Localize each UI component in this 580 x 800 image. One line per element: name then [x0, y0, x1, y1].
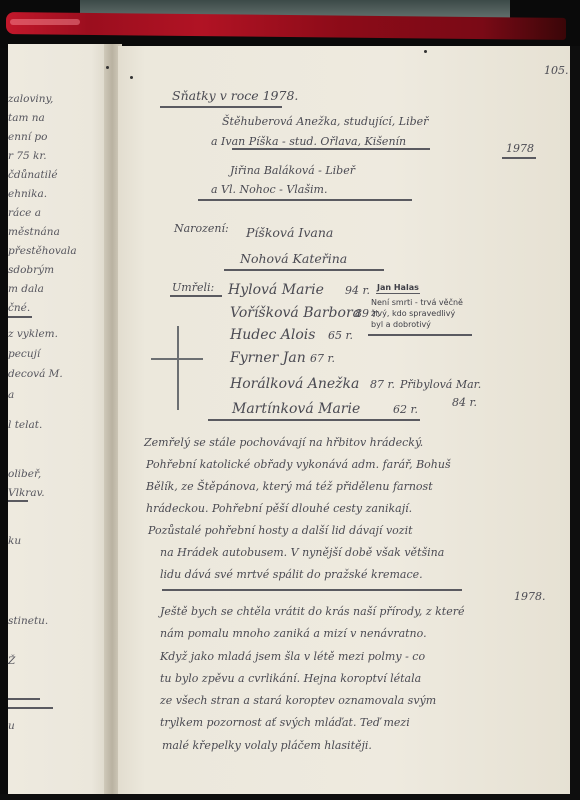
ink-spot [130, 76, 133, 79]
births-label: Narození: [174, 222, 229, 235]
left-fragment: ráce a [8, 207, 41, 219]
left-fragment: městnána [8, 226, 60, 238]
death-name: Horálková Anežka [230, 376, 359, 392]
margin-year: 1978. [514, 590, 546, 603]
left-fragment: čné. [8, 302, 30, 314]
paragraph-underline [162, 589, 462, 591]
margin-year: 1978 [506, 142, 534, 155]
death-extra-name: Přibylová Mar. [400, 378, 481, 391]
deaths-underline [208, 419, 420, 421]
left-fragment: pecují [8, 348, 40, 360]
paragraph-line: ze všech stran a stará koroptev oznamova… [160, 694, 436, 707]
ink-spot [424, 50, 427, 53]
paragraph-line: trylkem pozornost ať svých mláďat. Teď m… [160, 716, 410, 729]
paragraph-line: lidu dává své mrtvé spálit do pražské kr… [160, 568, 423, 581]
left-fragment: stinetu. [8, 615, 48, 627]
cross-icon-bar [151, 358, 203, 360]
left-fragment: přestěhovala [8, 245, 77, 257]
paragraph-line: malé křepelky volaly pláčem hlasitěji. [162, 739, 372, 752]
deaths-label: Umřeli: [172, 281, 214, 294]
death-name: Fyrner Jan [230, 350, 306, 366]
death-age: 94 r. [345, 284, 370, 297]
paragraph-line: Pozůstalé pohřební hosty a další lid dáv… [148, 524, 413, 537]
death-age: 87 r. [370, 378, 395, 391]
death-name: Voříšková Barbora [230, 305, 361, 321]
ink-spot [106, 66, 109, 69]
underline [8, 707, 53, 709]
left-fragment: u [8, 720, 15, 732]
page-number: 105. [544, 64, 569, 77]
ribbon-highlight [10, 19, 80, 25]
left-fragment: Vlkrav. [8, 487, 45, 499]
left-fragment: zaloviny, [8, 93, 53, 105]
underline [8, 698, 40, 700]
left-fragment: olibeř, [8, 468, 41, 480]
death-age: 62 r. [393, 403, 418, 416]
death-name: Hudec Alois [230, 327, 315, 343]
quote-author: Jan Halas [377, 283, 419, 292]
year-underline [502, 157, 536, 159]
marriages-heading: Sňatky v roce 1978. [172, 88, 298, 103]
marriage-entry: a Ivan Píška - stud. Ořlava, Kišenín [211, 135, 406, 148]
left-fragment: decová M. [8, 368, 63, 380]
paragraph-line: Pohřební katolické obřady vykonává adm. … [146, 458, 451, 471]
left-fragment: a [8, 389, 14, 401]
entry-underline [198, 199, 412, 201]
left-fragment: l telat. [8, 419, 42, 431]
paragraph-line: Když jako mladá jsem šla v létě mezi pol… [160, 650, 425, 663]
left-fragment: r 75 kr. [8, 150, 47, 162]
left-fragment: čdůnatilé [8, 169, 58, 181]
left-fragment: ehnika. [8, 188, 47, 200]
marriage-entry: Jiřina Baláková - Libeř [230, 164, 355, 177]
death-age: 67 r. [310, 352, 335, 365]
cross-icon [177, 326, 179, 410]
heading-underline [160, 106, 282, 108]
left-fragment: ku [8, 535, 21, 547]
paragraph-line: tu bylo zpěvu a cvrlikání. Hejna koroptv… [160, 672, 421, 685]
death-age: 65 r. [328, 329, 353, 342]
paragraph-line: Bělík, ze Štěpánova, který má též přiděl… [146, 480, 433, 493]
paragraph-line: Zemřelý se stále pochovávají na hřbitov … [144, 436, 423, 449]
paragraph-line: Ještě bych se chtěla vrátit do krás naší… [160, 605, 465, 618]
left-fragment: tam na [8, 112, 45, 124]
left-fragment: enní po [8, 131, 47, 143]
birth-name: Píšková Ivana [246, 225, 333, 240]
entry-underline [232, 148, 430, 150]
underline [8, 500, 28, 502]
death-name: Hylová Marie [228, 282, 324, 298]
quote-underline [368, 334, 472, 336]
deaths-label-underline [170, 295, 222, 297]
paragraph-line: hrádeckou. Pohřební pěší dlouhé cesty za… [146, 502, 412, 515]
left-fragment: sdobrým [8, 264, 54, 276]
quote-line: živý, kdo spravedlivý [371, 309, 455, 318]
underline [8, 316, 32, 318]
left-fragment: Ž [8, 655, 15, 667]
page-edge-bottom [0, 794, 580, 800]
left-fragment: z vyklem. [8, 328, 58, 340]
death-name: Martínková Marie [232, 401, 360, 417]
page-edge-right [570, 46, 580, 800]
paragraph-line: nám pomalu mnoho zaniká a mizí v nenávra… [160, 627, 427, 640]
death-extra-age: 84 r. [452, 396, 477, 409]
birth-name: Nohová Kateřina [240, 251, 347, 266]
births-underline [224, 269, 384, 271]
author-underline [376, 293, 420, 294]
marriage-entry: a Vl. Nohoc - Vlašim. [211, 183, 327, 196]
marriage-entry: Štěhuberová Anežka, studující, Libeř [222, 115, 428, 128]
left-fragment: m dala [8, 283, 44, 295]
quote-line: byl a dobrotivý [371, 320, 431, 329]
quote-line: Není smrti - trvá věčně [371, 298, 463, 307]
paragraph-line: na Hrádek autobusem. V nynější době však… [160, 546, 444, 559]
